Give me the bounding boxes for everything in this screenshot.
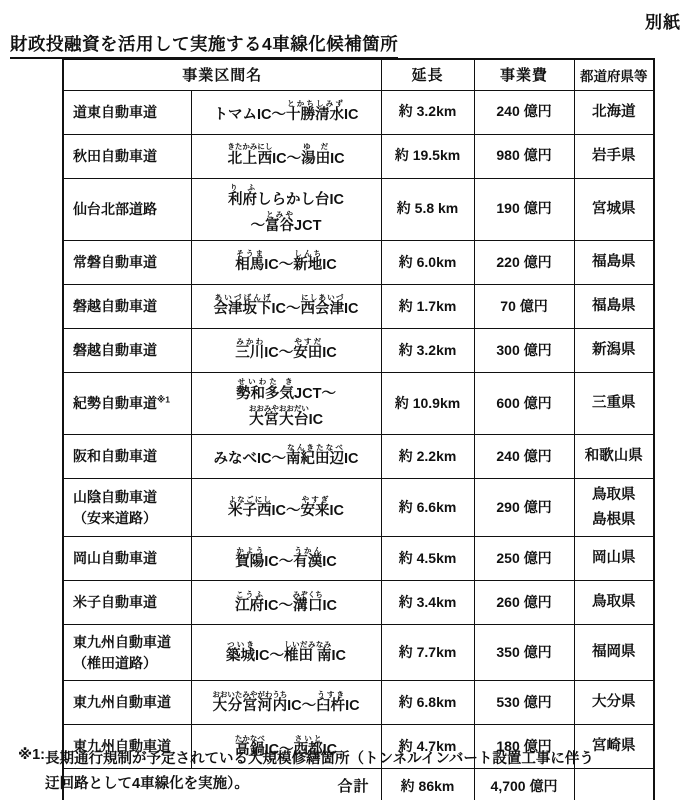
cell-prefecture: 三重県 [574, 372, 654, 434]
cell-road-name: 阪和自動車道 [63, 435, 191, 479]
cell-section-name: 北上西きたかみにしIC～湯田ゆ だIC [191, 134, 381, 178]
cell-road-name: 東九州自動車道 [63, 681, 191, 725]
cell-length: 約 6.0km [381, 240, 474, 284]
footnote-text: 長期通行規制が予定されている大規模修繕箇所（トンネルインバート設置工事に伴う迂回… [45, 747, 594, 798]
table-row: 仙台北部道路利府り ふしらかし台IC～富谷とみやJCT約 5.8 km190 億… [63, 178, 654, 240]
cell-prefecture: 岡山県 [574, 537, 654, 581]
page-title: 財政投融資を活用して実施する4車線化候補箇所 [10, 31, 398, 59]
cell-cost: 220 億円 [474, 240, 574, 284]
cell-section-name: 会津坂下あいづばんげIC～西会津にしあいづIC [191, 284, 381, 328]
cell-section-name: 利府り ふしらかし台IC～富谷とみやJCT [191, 178, 381, 240]
cell-road-name: 紀勢自動車道※1 [63, 372, 191, 434]
table-row: 山陰自動車道（安来道路）米子西よなごにしIC～安来やすぎIC約 6.6km290… [63, 479, 654, 537]
cell-prefecture: 福岡県 [574, 625, 654, 681]
table-row: 岡山自動車道賀陽かようIC～有漢うかんIC約 4.5km250 億円岡山県 [63, 537, 654, 581]
cell-road-name: 道東自動車道 [63, 90, 191, 134]
cell-cost: 350 億円 [474, 625, 574, 681]
cell-road-name: 秋田自動車道 [63, 134, 191, 178]
cell-prefecture: 宮城県 [574, 178, 654, 240]
page: { "page": { "corner_label": "別紙", "title… [0, 0, 695, 800]
table-row: 東九州自動車道大分宮河内おおいたみやがわうちIC～臼杵うすきIC約 6.8km5… [63, 681, 654, 725]
header-section: 事業区間名 [63, 59, 381, 90]
cell-prefecture: 新潟県 [574, 328, 654, 372]
cell-length: 約 3.2km [381, 90, 474, 134]
cell-road-name: 常磐自動車道 [63, 240, 191, 284]
cell-prefecture: 鳥取県島根県 [574, 479, 654, 537]
cell-cost: 240 億円 [474, 435, 574, 479]
cell-section-name: 賀陽かようIC～有漢うかんIC [191, 537, 381, 581]
cell-section-name: 江府こうふIC～溝口みぞくちIC [191, 581, 381, 625]
table-header: 事業区間名 延長 事業費 都道府県等 [63, 59, 654, 90]
cell-section-name: 相馬そうまIC～新地しんちIC [191, 240, 381, 284]
table-row: 東九州自動車道（椎田道路）築城ついきIC～椎田 南しいだみなみIC約 7.7km… [63, 625, 654, 681]
cell-length: 約 19.5km [381, 134, 474, 178]
cell-road-name: 米子自動車道 [63, 581, 191, 625]
footnote-marker: ※1: [18, 747, 45, 798]
cell-length: 約 4.5km [381, 537, 474, 581]
cell-cost: 290 億円 [474, 479, 574, 537]
cell-length: 約 6.6km [381, 479, 474, 537]
cell-cost: 600 億円 [474, 372, 574, 434]
cell-length: 約 2.2km [381, 435, 474, 479]
cell-cost: 300 億円 [474, 328, 574, 372]
table-row: 阪和自動車道みなべIC～南紀田辺なんきたなべIC約 2.2km240 億円和歌山… [63, 435, 654, 479]
cell-section-name: 勢和多気せいわた きJCT～大宮大台おおみやおおだいIC [191, 372, 381, 434]
cell-prefecture: 福島県 [574, 240, 654, 284]
table-body: 道東自動車道トマムIC～十勝清水とかちしみずIC約 3.2km240 億円北海道… [63, 90, 654, 769]
cell-length: 約 5.8 km [381, 178, 474, 240]
cell-road-name: 岡山自動車道 [63, 537, 191, 581]
table-row: 磐越自動車道会津坂下あいづばんげIC～西会津にしあいづIC約 1.7km70 億… [63, 284, 654, 328]
table-row: 道東自動車道トマムIC～十勝清水とかちしみずIC約 3.2km240 億円北海道 [63, 90, 654, 134]
cell-length: 約 6.8km [381, 681, 474, 725]
table-row: 秋田自動車道北上西きたかみにしIC～湯田ゆ だIC約 19.5km980 億円岩… [63, 134, 654, 178]
cell-section-name: 米子西よなごにしIC～安来やすぎIC [191, 479, 381, 537]
cell-road-name: 東九州自動車道（椎田道路） [63, 625, 191, 681]
table-row: 磐越自動車道三川みかわIC～安田やすだIC約 3.2km300 億円新潟県 [63, 328, 654, 372]
cell-cost: 250 億円 [474, 537, 574, 581]
corner-label: 別紙 [645, 8, 681, 33]
cell-length: 約 7.7km [381, 625, 474, 681]
cell-prefecture: 大分県 [574, 681, 654, 725]
cell-length: 約 3.4km [381, 581, 474, 625]
cell-length: 約 1.7km [381, 284, 474, 328]
cell-section-name: 大分宮河内おおいたみやがわうちIC～臼杵うすきIC [191, 681, 381, 725]
cell-section-name: 築城ついきIC～椎田 南しいだみなみIC [191, 625, 381, 681]
table-row: 常磐自動車道相馬そうまIC～新地しんちIC約 6.0km220 億円福島県 [63, 240, 654, 284]
cell-cost: 70 億円 [474, 284, 574, 328]
cell-cost: 260 億円 [474, 581, 574, 625]
header-cost: 事業費 [474, 59, 574, 90]
cell-road-name: 磐越自動車道 [63, 284, 191, 328]
cell-prefecture: 北海道 [574, 90, 654, 134]
footnote: ※1: 長期通行規制が予定されている大規模修繕箇所（トンネルインバート設置工事に… [18, 747, 686, 798]
cell-cost: 980 億円 [474, 134, 574, 178]
cell-length: 約 3.2km [381, 328, 474, 372]
cell-road-name: 山陰自動車道（安来道路） [63, 479, 191, 537]
cell-cost: 240 億円 [474, 90, 574, 134]
table-row: 米子自動車道江府こうふIC～溝口みぞくちIC約 3.4km260 億円鳥取県 [63, 581, 654, 625]
cell-section-name: みなべIC～南紀田辺なんきたなべIC [191, 435, 381, 479]
cell-prefecture: 和歌山県 [574, 435, 654, 479]
cell-prefecture: 鳥取県 [574, 581, 654, 625]
cell-section-name: 三川みかわIC～安田やすだIC [191, 328, 381, 372]
cell-section-name: トマムIC～十勝清水とかちしみずIC [191, 90, 381, 134]
cell-prefecture: 岩手県 [574, 134, 654, 178]
header-length: 延長 [381, 59, 474, 90]
cell-road-name: 磐越自動車道 [63, 328, 191, 372]
cell-cost: 530 億円 [474, 681, 574, 725]
cell-cost: 190 億円 [474, 178, 574, 240]
cell-road-name: 仙台北部道路 [63, 178, 191, 240]
header-pref: 都道府県等 [574, 59, 654, 90]
cell-length: 約 10.9km [381, 372, 474, 434]
projects-table: 事業区間名 延長 事業費 都道府県等 道東自動車道トマムIC～十勝清水とかちしみ… [62, 58, 655, 800]
cell-prefecture: 福島県 [574, 284, 654, 328]
table-row: 紀勢自動車道※1勢和多気せいわた きJCT～大宮大台おおみやおおだいIC約 10… [63, 372, 654, 434]
